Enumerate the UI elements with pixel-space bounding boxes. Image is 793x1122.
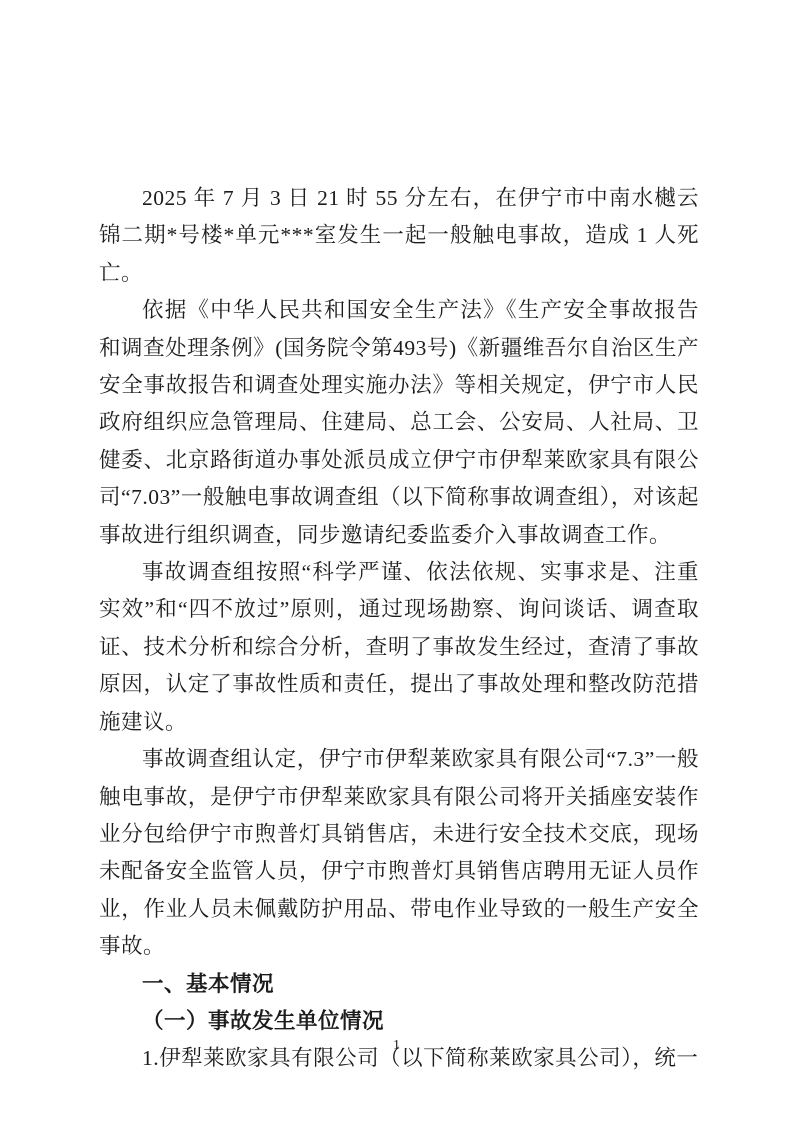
paragraph-incident-overview: 2025 年 7 月 3 日 21 时 55 分左右，在伊宁市中南水樾云锦二期*…	[99, 180, 699, 292]
section-heading-basic-situation: 一、基本情况	[99, 966, 699, 1003]
subsection-heading-accident-unit: （一）事故发生单位情况	[99, 1003, 699, 1040]
report-body: 2025 年 7 月 3 日 21 时 55 分左右，在伊宁市中南水樾云锦二期*…	[99, 180, 699, 1078]
paragraph-accident-determination: 事故调查组认定，伊宁市伊犁莱欧家具有限公司“7.3”一般触电事故，是伊宁市伊犁莱…	[99, 741, 699, 965]
page-number: 1	[0, 1038, 793, 1054]
report-page: 2025 年 7 月 3 日 21 时 55 分左右，在伊宁市中南水樾云锦二期*…	[0, 0, 793, 1122]
paragraph-investigation-principles: 事故调查组按照“科学严谨、依法依规、实事求是、注重实效”和“四不放过”原则，通过…	[99, 554, 699, 741]
paragraph-legal-basis-and-team: 依据《中华人民共和国安全生产法》《生产安全事故报告和调查处理条例》(国务院令第4…	[99, 292, 699, 554]
